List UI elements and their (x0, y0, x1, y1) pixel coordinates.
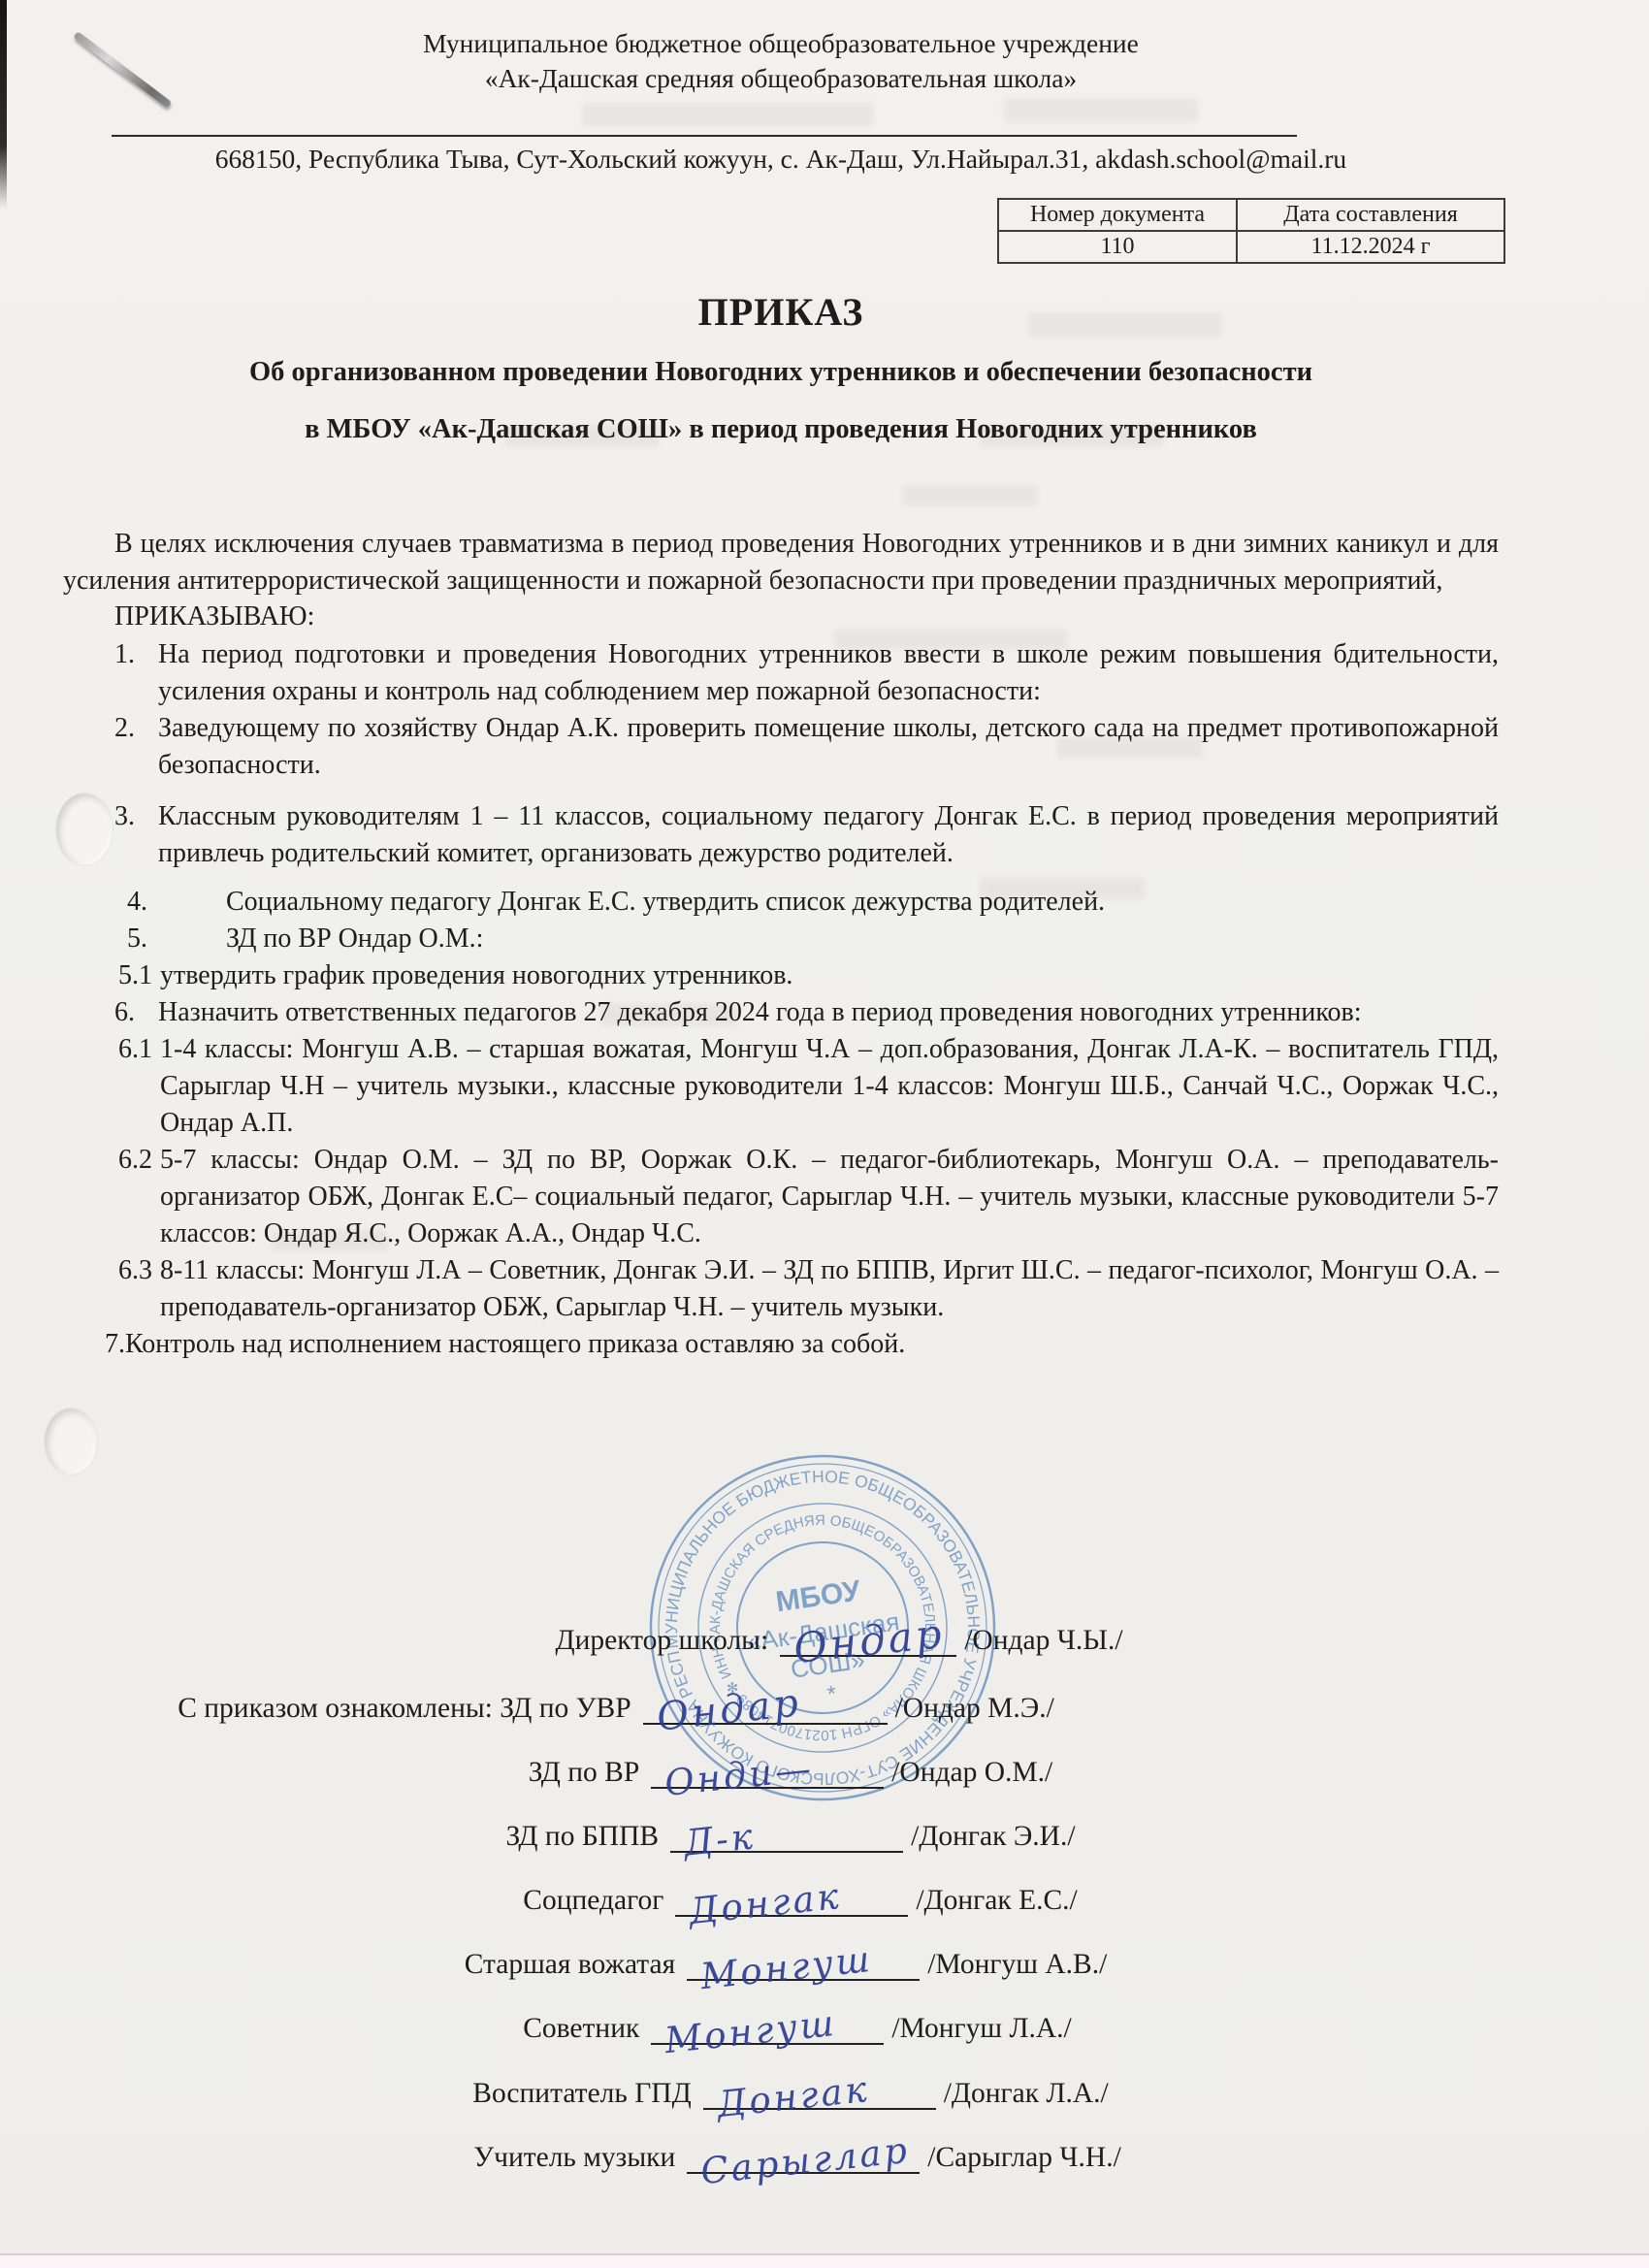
signature-block: Директор школы: Ондар /Ондар Ч.Ы./ С при… (0, 0, 1649, 2268)
handwritten-signature: Онди— (663, 1747, 816, 1804)
handwritten-signature: Сарыглар (699, 2129, 913, 2192)
signature-row: ЗД по ВР Онди— /Ондар О.М./ (0, 1750, 1615, 1789)
handwritten-signature: Ондар (655, 1680, 803, 1739)
signature-person-name: /Сарыглар Ч.Н./ (927, 2142, 1121, 2174)
signature-role-label: Советник (523, 2013, 639, 2045)
signature-underline: Д-к (670, 1814, 903, 1853)
signature-role-label: ЗД по ВР (529, 1757, 639, 1789)
signature-underline: Сарыглар (687, 2135, 920, 2174)
signature-person-name: /Ондар Ч.Ы./ (964, 1625, 1122, 1657)
signature-person-name: /Донгак Е.С./ (916, 1885, 1077, 1917)
signature-role-label: С приказом ознакомлены: ЗД по УВР (178, 1693, 630, 1725)
signature-row: ЗД по БППВ Д-к /Донгак Э.И./ (0, 1814, 1615, 1853)
handwritten-signature: Монгуш (698, 1938, 874, 1997)
signature-row: Соцпедагог Донгак /Донгак Е.С./ (0, 1878, 1625, 1917)
signature-underline: Монгуш (687, 1942, 920, 1981)
signature-person-name: /Ондар О.М./ (891, 1757, 1052, 1789)
signature-underline: Онди— (651, 1750, 884, 1789)
signature-person-name: /Донгак Э.И./ (911, 1821, 1075, 1853)
signature-row: Учитель музыки Сарыглар /Сарыглар Ч.Н./ (0, 2135, 1622, 2174)
handwritten-signature: Ондар (792, 1609, 947, 1672)
signature-person-name: /Донгак Л.А./ (944, 2078, 1109, 2110)
signature-person-name: /Ондар М.Э./ (895, 1693, 1054, 1725)
signature-underline: Ондар (643, 1686, 888, 1725)
signature-role-label: Директор школы: (555, 1625, 768, 1657)
signature-row: Воспитатель ГПД Донгак /Донгак Л.А./ (0, 2071, 1615, 2110)
signature-underline: Донгак (675, 1878, 908, 1917)
signature-row: Старшая вожатая Монгуш /Монгуш А.В./ (0, 1942, 1610, 1981)
handwritten-signature: Д-к (682, 1815, 758, 1863)
signature-role-label: ЗД по БППВ (505, 1821, 659, 1853)
handwritten-signature: Монгуш (663, 2002, 839, 2061)
handwritten-signature: Донгак (687, 1875, 843, 1932)
signature-role-label: Воспитатель ГПД (472, 2078, 691, 2110)
handwritten-signature: Донгак (715, 2068, 871, 2125)
signature-row: Директор школы: Ондар /Ондар Ч.Ы./ (15, 1618, 1649, 1657)
signature-role-label: Учитель музыки (473, 2142, 675, 2174)
signature-role-label: Соцпедагог (523, 1885, 663, 1917)
signature-row: Советник Монгуш /Монгуш Л.А./ (0, 2006, 1622, 2045)
signature-person-name: /Монгуш Л.А./ (891, 2013, 1071, 2045)
signature-underline: Ондар (780, 1618, 956, 1657)
signature-role-label: Старшая вожатая (465, 1949, 676, 1981)
scanned-document-page: Муниципальное бюджетное общеобразователь… (0, 0, 1649, 2268)
signature-underline: Монгуш (651, 2006, 884, 2045)
signature-row: С приказом ознакомлены: ЗД по УВР Ондар … (0, 1686, 1440, 1725)
signature-underline: Донгак (703, 2071, 936, 2110)
signature-person-name: /Монгуш А.В./ (927, 1949, 1107, 1981)
